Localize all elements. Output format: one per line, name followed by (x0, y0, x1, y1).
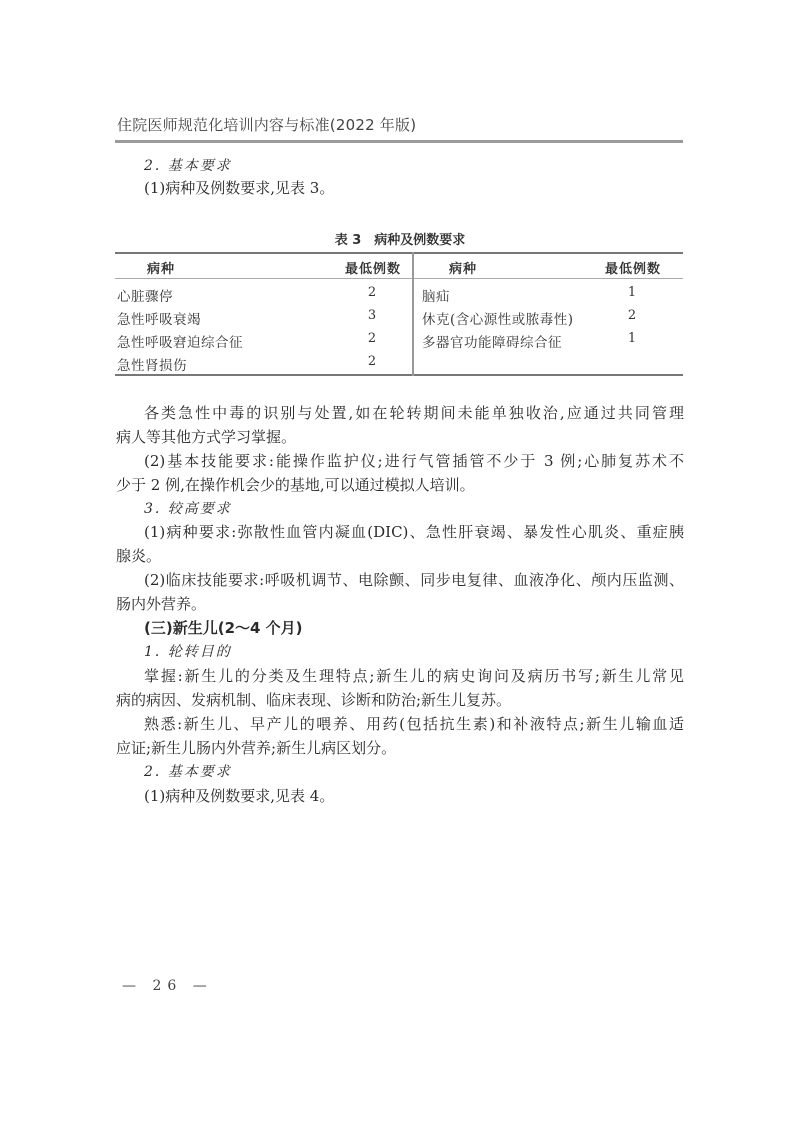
paragraph-advanced-diseases: (1)病种要求:弥散性血管内凝血(DIC)、急性肝衰竭、暴发性心肌炎、重症胰 (144, 522, 684, 542)
paragraph-poisoning-cont: 病人等其他方式学习掌握。 (116, 427, 296, 447)
table-cell-count: 2 (362, 331, 382, 346)
table-cell-count: 1 (622, 331, 642, 346)
paragraph-basic-skills-cont: 少于 2 例,在操作机会少的基地,可以通过模拟人培训。 (116, 475, 475, 495)
table-top-rule (115, 252, 683, 254)
table-cell-count: 1 (622, 285, 642, 300)
header-rule (115, 140, 683, 143)
disease-cases-table: 病种 最低例数 病种 最低例数 心脏骤停 2 急性呼吸衰竭 3 急性呼吸窘迫综合… (115, 252, 683, 376)
running-head: 住院医师规范化培训内容与标准(2022 年版) (117, 114, 416, 135)
column-header-min-cases-right: 最低例数 (605, 258, 661, 277)
table-cell-disease: 急性肾损伤 (117, 354, 187, 374)
table-cell-count: 2 (622, 308, 642, 323)
paragraph-basic-skills: (2)基本技能要求:能操作监护仪;进行气管插管不少于 3 例;心肺复苏术不 (144, 451, 684, 471)
paragraph-table4-reference: (1)病种及例数要求,见表 4。 (144, 786, 334, 806)
section-heading-rotation-goals: 1. 轮转目的 (144, 642, 232, 662)
table-cell-disease: 休克(含心源性或脓毒性) (422, 308, 574, 328)
table-cell-disease: 脑疝 (422, 285, 450, 305)
paragraph-master: 掌握:新生儿的分类及生理特点;新生儿的病史询问及病历书写;新生儿常见 (144, 666, 684, 686)
table-cell-count: 2 (362, 285, 382, 300)
table-cell-disease: 急性呼吸衰竭 (117, 308, 201, 328)
table-caption: 表 3 病种及例数要求 (0, 229, 800, 248)
table-cell-disease: 心脏骤停 (117, 285, 173, 305)
column-header-disease-right: 病种 (449, 258, 477, 277)
table-cell-count: 3 (362, 308, 382, 323)
paragraph-poisoning: 各类急性中毒的识别与处置,如在轮转期间未能单独收治,应通过共同管理 (144, 403, 684, 423)
section-heading-neonate: (三)新生儿(2～4 个月) (144, 618, 303, 638)
table-cell-disease: 多器官功能障碍综合征 (422, 331, 562, 351)
paragraph-advanced-skills-cont: 肠内外营养。 (116, 594, 206, 614)
table-column-divider (412, 252, 414, 376)
column-header-disease-left: 病种 (147, 258, 175, 277)
paragraph-table-reference: (1)病种及例数要求,见表 3。 (144, 178, 334, 198)
paragraph-familiar-cont: 应证;新生儿肠内外营养;新生儿病区划分。 (116, 738, 396, 758)
section-heading-basic-requirements-2: 2. 基本要求 (144, 762, 232, 782)
table-cell-disease: 急性呼吸窘迫综合征 (117, 331, 243, 351)
paragraph-master-cont: 病的病因、发病机制、临床表现、诊断和防治;新生儿复苏。 (116, 690, 511, 710)
paragraph-advanced-diseases-cont: 腺炎。 (116, 546, 161, 566)
section-heading-advanced: 3. 较高要求 (144, 499, 232, 519)
paragraph-familiar: 熟悉:新生儿、早产儿的喂养、用药(包括抗生素)和补液特点;新生儿输血适 (144, 714, 684, 734)
column-header-min-cases-left: 最低例数 (345, 258, 401, 277)
paragraph-advanced-skills: (2)临床技能要求:呼吸机调节、电除颤、同步电复律、血液净化、颅内压监测、 (144, 570, 684, 590)
table-cell-count: 2 (362, 354, 382, 369)
page-number: — 26 — (122, 978, 213, 994)
table-bottom-rule (115, 374, 683, 376)
section-heading-basic-requirements: 2. 基本要求 (144, 156, 232, 176)
table-header-rule (115, 278, 683, 279)
